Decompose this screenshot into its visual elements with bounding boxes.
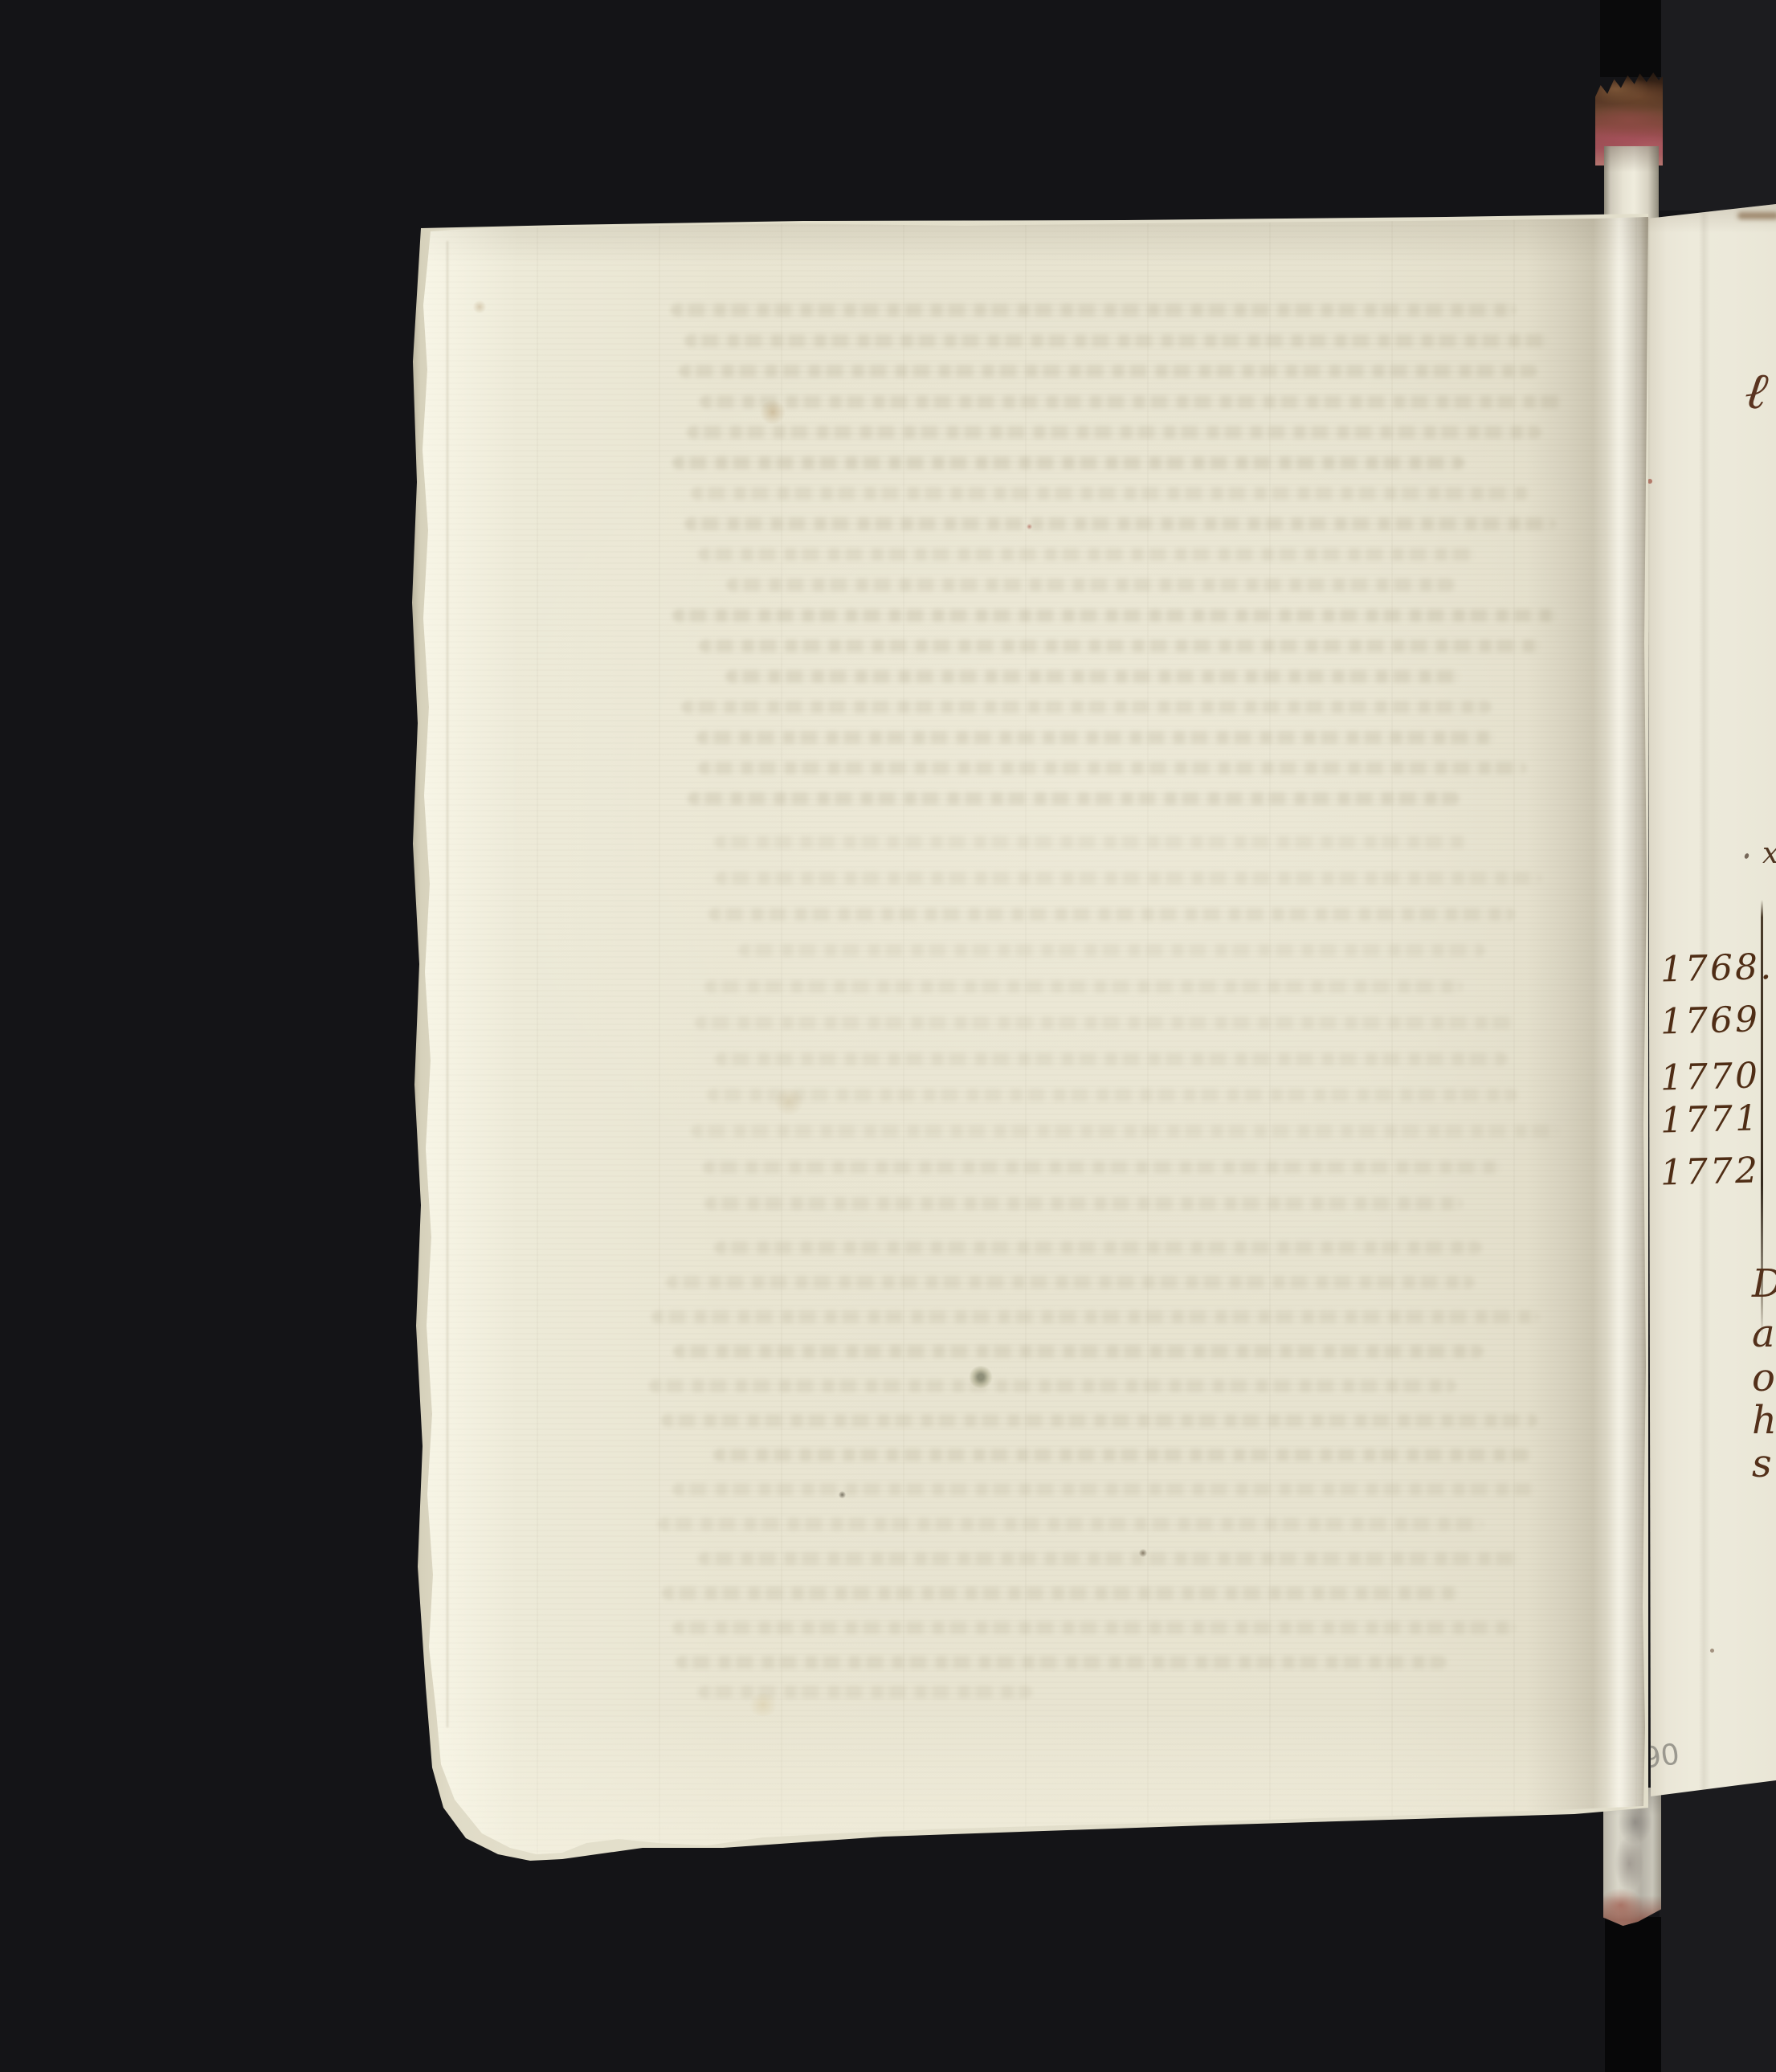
line-start-fragment: h bbox=[1752, 1398, 1776, 1443]
bleedthrough-line bbox=[714, 1241, 1482, 1254]
year-label: 1769 bbox=[1660, 999, 1757, 1042]
book-cover-strip-top bbox=[1660, 0, 1776, 210]
spine-gap-shadow-bottom bbox=[1605, 1917, 1661, 2072]
bleedthrough-line bbox=[698, 1686, 1032, 1698]
bleedthrough-line bbox=[698, 548, 1475, 561]
bleedthrough-line bbox=[651, 1310, 1539, 1323]
handwriting-edge-mark: x bbox=[1762, 837, 1776, 870]
spine-gap-shadow-top bbox=[1600, 0, 1661, 77]
bleedthrough-line bbox=[676, 1656, 1447, 1669]
bleedthrough-line bbox=[704, 980, 1463, 993]
bleedthrough-line bbox=[738, 944, 1485, 957]
bleedthrough-line bbox=[695, 1016, 1514, 1029]
bleedthrough-line bbox=[708, 908, 1515, 921]
bleedthrough-line bbox=[707, 1089, 1517, 1101]
bleedthrough-line bbox=[672, 609, 1557, 622]
bleedthrough-line bbox=[704, 1197, 1463, 1210]
bleedthrough-line bbox=[671, 304, 1516, 317]
red-fleck bbox=[1027, 524, 1032, 529]
under-leaf-edge-line bbox=[447, 241, 448, 1727]
bleedthrough-line bbox=[703, 1161, 1501, 1174]
year-label: 1771 bbox=[1660, 1097, 1757, 1141]
bleedthrough-line bbox=[666, 1276, 1475, 1289]
stain bbox=[472, 300, 487, 313]
brown-speck bbox=[1710, 1649, 1714, 1653]
bleedthrough-line bbox=[691, 1125, 1559, 1138]
blank-verso-page bbox=[0, 0, 1776, 2072]
bleedthrough-line bbox=[714, 836, 1467, 848]
manuscript-scan: ℓ x 1768.1769177017711772 Daohs 90 bbox=[0, 0, 1776, 2072]
book-cover-strip-bottom bbox=[1660, 1777, 1776, 2072]
year-label: 1770 bbox=[1660, 1055, 1757, 1098]
line-start-fragment: s bbox=[1752, 1441, 1772, 1486]
bleedthrough-line bbox=[661, 1414, 1537, 1427]
stain bbox=[759, 400, 786, 424]
bottom-edge-shading bbox=[414, 1711, 1651, 1864]
line-start-fragment: a bbox=[1752, 1311, 1775, 1356]
bleedthrough-line bbox=[698, 1552, 1519, 1565]
stain bbox=[747, 1694, 779, 1716]
bleedthrough-line bbox=[715, 1052, 1508, 1065]
stain bbox=[773, 1088, 805, 1115]
bleedthrough-line bbox=[662, 1587, 1460, 1600]
edge-smudge bbox=[1737, 212, 1776, 219]
bleedthrough-line bbox=[696, 731, 1494, 744]
handwriting-fragment-top: ℓ bbox=[1741, 361, 1771, 423]
bleedthrough-line bbox=[679, 365, 1537, 378]
bleedthrough-line bbox=[684, 334, 1549, 347]
ink-dot bbox=[1744, 852, 1749, 859]
bleedthrough-line bbox=[700, 395, 1562, 408]
bleedthrough-line bbox=[658, 1518, 1484, 1531]
gutter-fold-shading bbox=[1526, 214, 1648, 1821]
bleedthrough-line bbox=[698, 762, 1526, 774]
bleedthrough-line bbox=[699, 640, 1541, 652]
bleedthrough-line bbox=[672, 456, 1464, 469]
bleedthrough-line bbox=[687, 426, 1541, 439]
bleedthrough-line bbox=[673, 1345, 1484, 1358]
ink-fleck bbox=[839, 1491, 846, 1498]
bleedthrough-line bbox=[681, 701, 1492, 713]
bleedthrough-line bbox=[672, 1621, 1515, 1634]
year-label: 1772 bbox=[1660, 1150, 1757, 1193]
ink-fleck bbox=[1139, 1549, 1147, 1557]
bleedthrough-line bbox=[684, 517, 1555, 530]
bleedthrough-line bbox=[688, 792, 1460, 805]
year-label: 1768. bbox=[1660, 946, 1757, 990]
line-start-fragment: o bbox=[1752, 1355, 1775, 1400]
bleedthrough-line bbox=[691, 487, 1531, 500]
bleedthrough-line bbox=[726, 578, 1456, 591]
bleedthrough-line bbox=[715, 872, 1541, 885]
stain bbox=[969, 1366, 993, 1388]
line-start-fragment: D bbox=[1752, 1261, 1776, 1306]
bleedthrough-line bbox=[649, 1379, 1456, 1392]
bleedthrough-line bbox=[725, 670, 1460, 683]
bleedthrough-line bbox=[672, 1483, 1535, 1496]
recto-page-sliver: ℓ x 1768.1769177017711772 Daohs 90 bbox=[1643, 201, 1776, 1801]
bleedthrough-line bbox=[713, 1449, 1531, 1461]
